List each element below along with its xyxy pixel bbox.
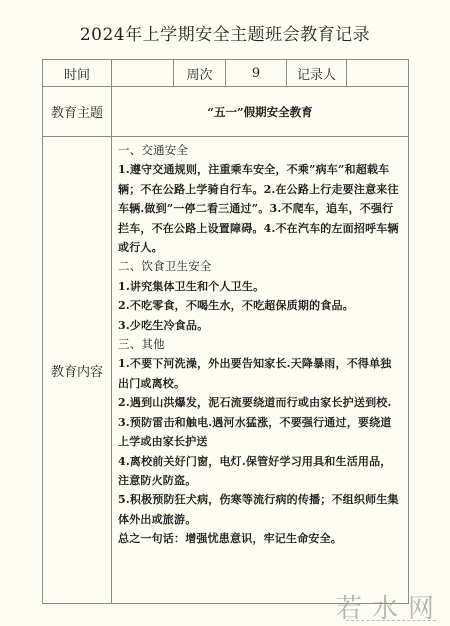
summary-line: 总之一句话：增强忧患意识，牢记生命安全。 — [118, 529, 402, 548]
content-item: 1.遵守交通规则，注重乘车安全，不乘”病车”和超载车辆；不在公路上学骑自行车。2… — [118, 160, 402, 257]
time-value — [112, 60, 174, 87]
section-heading: 二、饮食卫生安全 — [118, 257, 402, 276]
content-item: 3.预防雷击和触电.遇河水猛涨，不要强行通过，要绕道上学或由家长护送 — [118, 413, 402, 452]
week-label: 周次 — [174, 60, 226, 87]
time-label: 时间 — [43, 60, 112, 87]
content-item: 5.积极预防狂犬病，伤寒等流行病的传播；不组织师生集体外出或旅游。 — [118, 490, 402, 529]
recorder-label: 记录人 — [287, 60, 347, 87]
theme-row: 教育主题 “五一”假期安全教育 — [43, 87, 409, 137]
content-item: 1.不要下河洗澡，外出要告知家长.天降暴雨，不得单独出门或离校。 — [118, 354, 402, 393]
section-heading: 三、其他 — [118, 335, 402, 354]
document-title: 2024年上学期安全主题班会教育记录 — [0, 20, 450, 45]
header-row: 时间 周次 9 记录人 — [43, 60, 409, 87]
recorder-value — [347, 60, 409, 87]
content-row: 教育内容 一、交通安全 1.遵守交通规则，注重乘车安全，不乘”病车”和超载车辆；… — [43, 137, 409, 604]
content-item: 2.遇到山洪爆发，泥石流要绕道而行或由家长护送到校. — [118, 393, 402, 412]
section-heading: 一、交通安全 — [118, 141, 402, 160]
content-item: 4.离校前关好门窗，电灯.保管好学习用具和生活用品，注意防火防盗。 — [118, 452, 402, 491]
theme-label: 教育主题 — [43, 87, 112, 137]
theme-value: “五一”假期安全教育 — [112, 87, 409, 137]
record-table: 时间 周次 9 记录人 教育主题 “五一”假期安全教育 教育内容 一、交通安全 … — [42, 59, 409, 604]
content-item: 1.讲究集体卫生和个人卫生。 — [118, 277, 402, 296]
content-item: 3.少吃生冷食品。 — [118, 316, 402, 335]
watermark-underline — [346, 620, 436, 623]
week-value: 9 — [226, 60, 287, 87]
content-item: 2.不吃零食，不喝生水，不吃超保质期的食品。 — [118, 296, 402, 315]
content-label: 教育内容 — [43, 137, 112, 604]
content-body: 一、交通安全 1.遵守交通规则，注重乘车安全，不乘”病车”和超载车辆；不在公路上… — [112, 137, 409, 604]
